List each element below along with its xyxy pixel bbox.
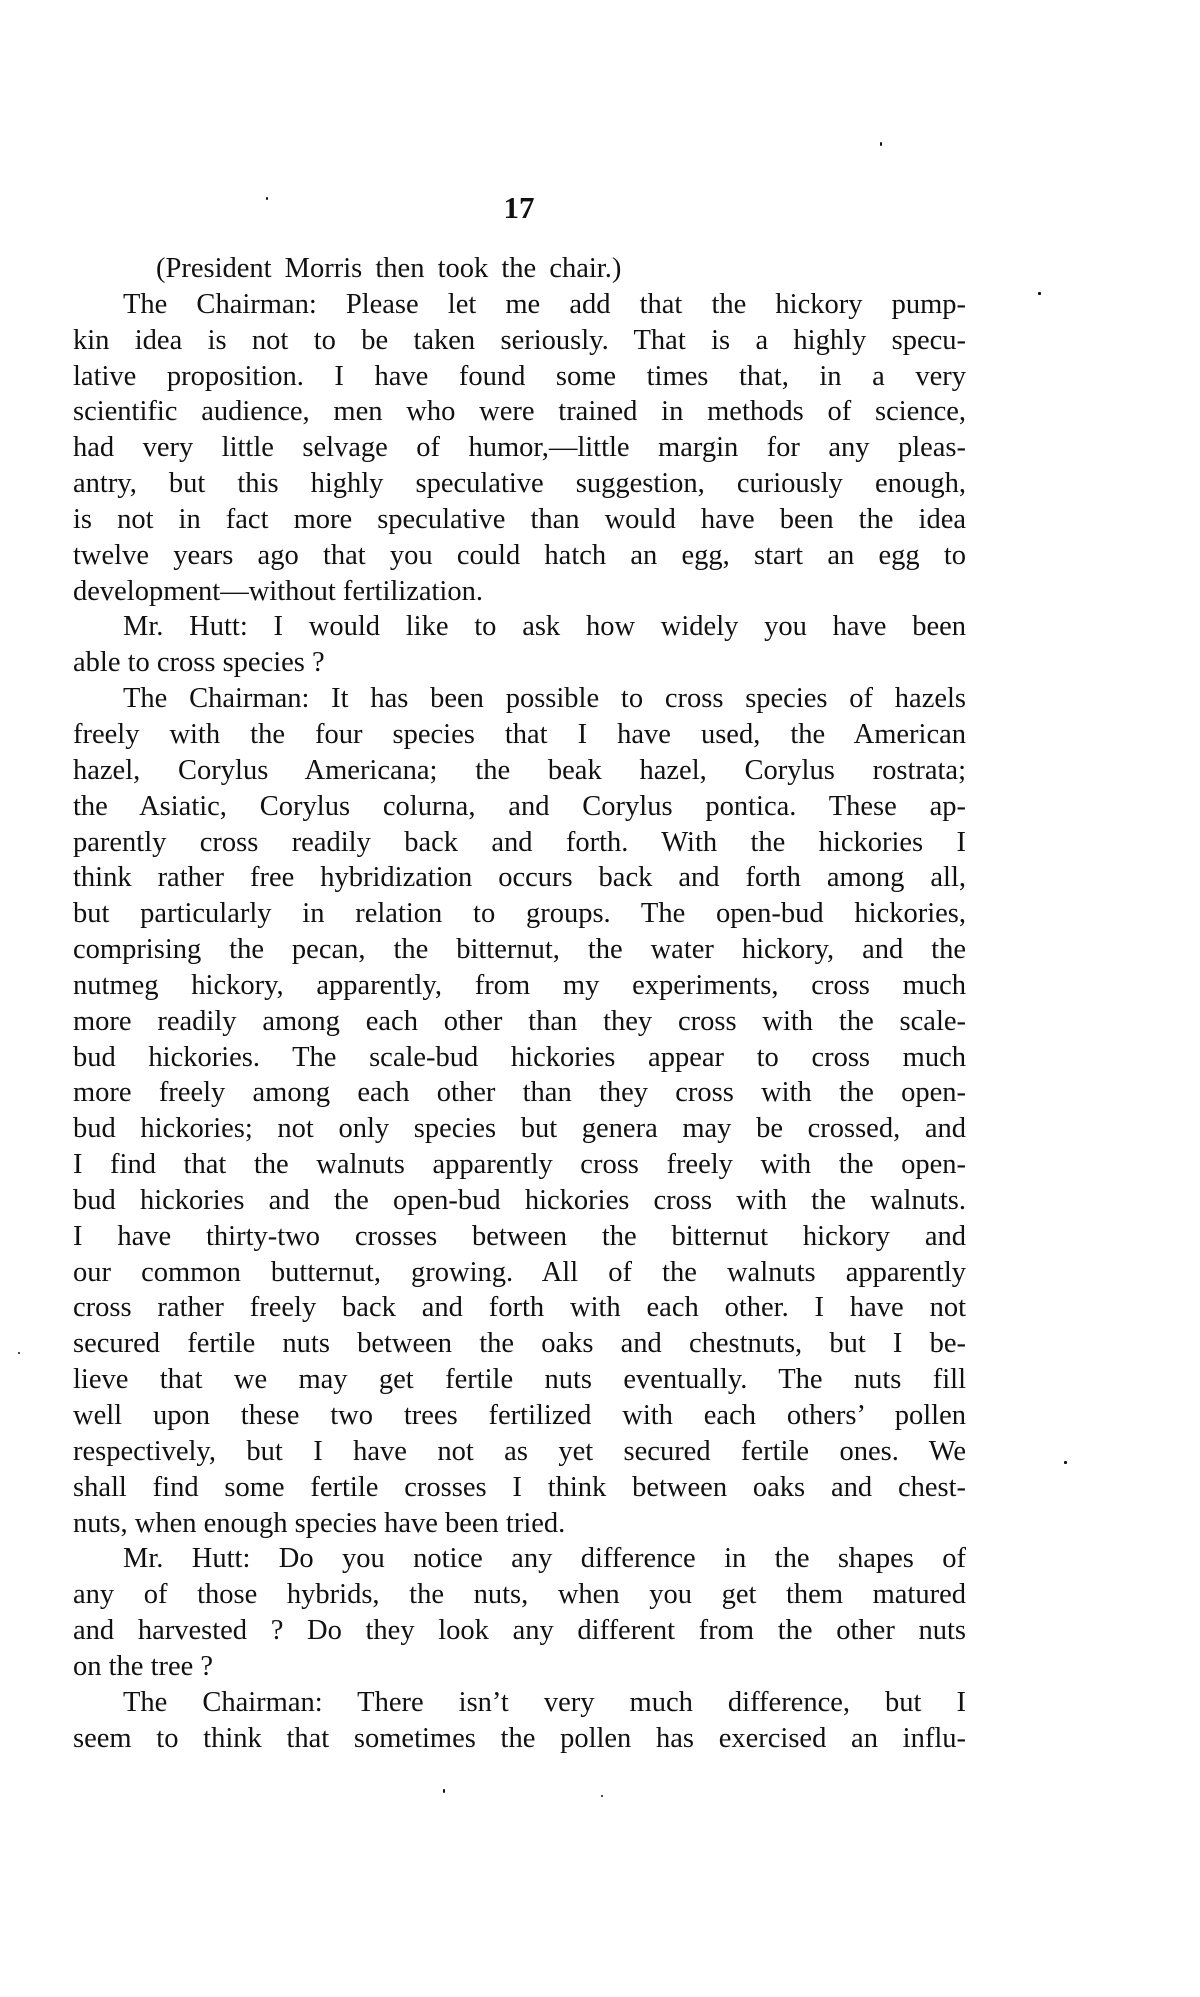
- text-line: is not in fact more speculative than wou…: [73, 502, 966, 538]
- text-line: lative proposition. I have found some ti…: [73, 359, 966, 395]
- text-lines: The Chairman: Please let me add that the…: [73, 287, 966, 1757]
- page-number: 17: [0, 190, 1038, 226]
- paragraph-first-line: Mr. Hutt: Do you notice any difference i…: [73, 1541, 966, 1577]
- text-line: on the tree ?: [73, 1649, 966, 1685]
- text-line: respectively, but I have not as yet secu…: [73, 1434, 966, 1470]
- text-line: well upon these two trees fertilized wit…: [73, 1398, 966, 1434]
- text-line: any of those hybrids, the nuts, when you…: [73, 1577, 966, 1613]
- text-line: more readily among each other than they …: [73, 1004, 966, 1040]
- text-line: I have thirty-two crosses between the bi…: [73, 1219, 966, 1255]
- text-line: twelve years ago that you could hatch an…: [73, 538, 966, 574]
- paragraph-first-line: Mr. Hutt: I would like to ask how widely…: [73, 609, 966, 645]
- text-line: bud hickories and the open-bud hickories…: [73, 1183, 966, 1219]
- text-line: nuts, when enough species have been trie…: [73, 1506, 966, 1542]
- text-line: secured fertile nuts between the oaks an…: [73, 1326, 966, 1362]
- stage-direction: (President Morris then took the chair.): [73, 251, 966, 287]
- text-line: I find that the walnuts apparently cross…: [73, 1147, 966, 1183]
- text-line: parently cross readily back and forth. W…: [73, 825, 966, 861]
- text-line: had very little selvage of humor,—little…: [73, 430, 966, 466]
- paragraph-first-line: The Chairman: It has been possible to cr…: [73, 681, 966, 717]
- text-line: bud hickories; not only species but gene…: [73, 1111, 966, 1147]
- text-line: think rather free hybridization occurs b…: [73, 860, 966, 896]
- text-line: our common butternut, growing. All of th…: [73, 1255, 966, 1291]
- text-line: comprising the pecan, the bitternut, the…: [73, 932, 966, 968]
- scan-speck: [601, 1795, 603, 1797]
- text-line: kin idea is not to be taken seriously. T…: [73, 323, 966, 359]
- text-line: scientific audience, men who were traine…: [73, 394, 966, 430]
- text-line: antry, but this highly speculative sugge…: [73, 466, 966, 502]
- paragraph-first-line: The Chairman: There isn’t very much diff…: [73, 1685, 966, 1721]
- text-line: more freely among each other than they c…: [73, 1075, 966, 1111]
- text-line: nutmeg hickory, apparently, from my expe…: [73, 968, 966, 1004]
- text-line: the Asiatic, Corylus colurna, and Corylu…: [73, 789, 966, 825]
- text-line: seem to think that sometimes the pollen …: [73, 1721, 966, 1757]
- scan-speck: [880, 142, 882, 146]
- scan-speck: [266, 197, 268, 200]
- body-text: (President Morris then took the chair.) …: [73, 251, 966, 1756]
- text-line: but particularly in relation to groups. …: [73, 896, 966, 932]
- text-line: and harvested ? Do they look any differe…: [73, 1613, 966, 1649]
- text-line: shall find some fertile crosses I think …: [73, 1470, 966, 1506]
- scan-speck: [1038, 292, 1041, 295]
- scan-speck: [443, 1789, 445, 1793]
- scan-speck: [18, 1352, 20, 1354]
- scan-speck: [1064, 1461, 1067, 1464]
- text-line: able to cross species ?: [73, 645, 966, 681]
- paragraph-first-line: The Chairman: Please let me add that the…: [73, 287, 966, 323]
- text-line: hazel, Corylus Americana; the beak hazel…: [73, 753, 966, 789]
- text-line: cross rather freely back and forth with …: [73, 1290, 966, 1326]
- text-line: freely with the four species that I have…: [73, 717, 966, 753]
- text-line: bud hickories. The scale-bud hickories a…: [73, 1040, 966, 1076]
- text-line: development—without fertilization.: [73, 574, 966, 610]
- text-line: lieve that we may get fertile nuts event…: [73, 1362, 966, 1398]
